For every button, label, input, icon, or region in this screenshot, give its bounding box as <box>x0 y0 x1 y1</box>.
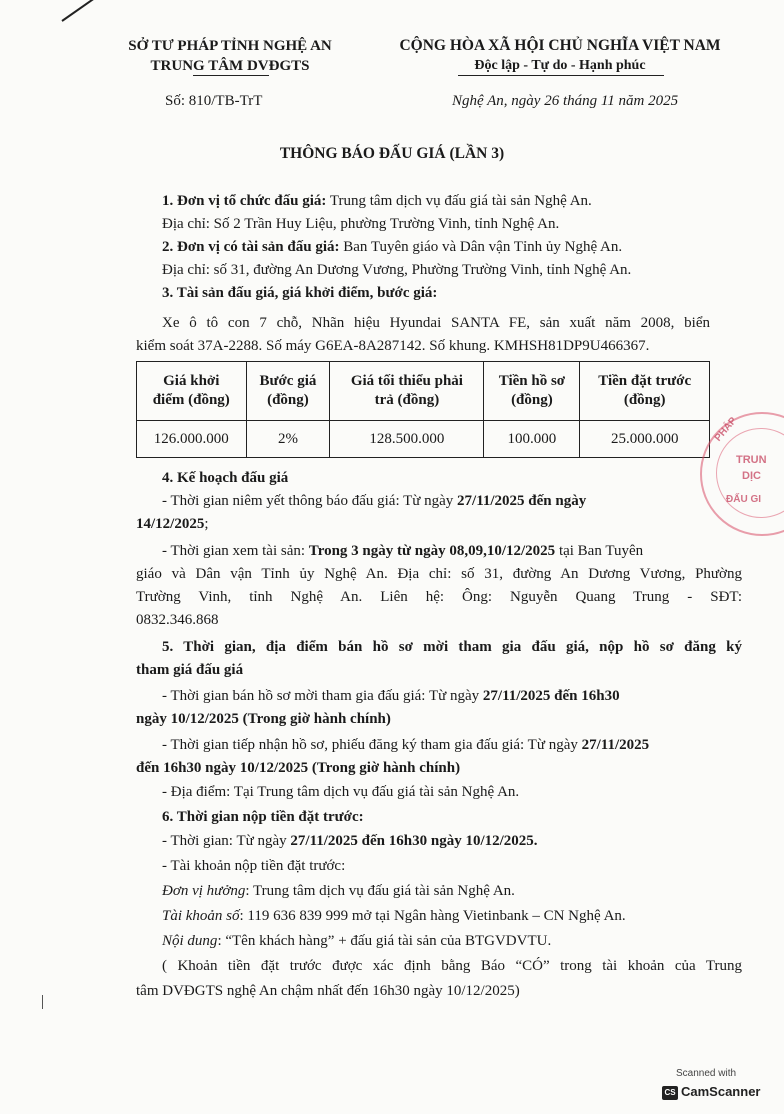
posting-time-line-1: - Thời gian niêm yết thông báo đấu giá: … <box>162 491 586 511</box>
stamp-text: ĐẤU GI <box>726 494 761 505</box>
receive-time-line-2: đến 16h30 ngày 10/12/2025 (Trong giờ hàn… <box>136 758 460 778</box>
posting-suffix: ; <box>204 516 208 532</box>
section-6-heading: 6. Thời gian nộp tiền đặt trước: <box>162 809 364 825</box>
posting-prefix: - Thời gian niêm yết thông báo đấu giá: … <box>162 493 457 509</box>
sale-end-date: ngày 10/12/2025 (Trong giờ hành chính) <box>136 711 391 727</box>
deposit-dates: 27/11/2025 đến 16h30 ngày 10/12/2025. <box>290 833 537 849</box>
section-4-heading: 4. Kế hoạch đấu giá <box>162 470 288 486</box>
header-text: trả (đồng) <box>375 392 440 408</box>
starting-price-cell: 126.000.000 <box>137 421 247 458</box>
national-motto: Độc lập - Tự do - Hạnh phúc <box>370 56 750 76</box>
receive-time-line-1: - Thời gian tiếp nhận hồ sơ, phiếu đăng … <box>162 735 649 755</box>
asset-desc-line-2: kiểm soát 37A-2288. Số máy G6EA-8A287142… <box>136 336 649 356</box>
location-line: - Địa điểm: Tại Trung tâm dịch vụ đấu gi… <box>162 782 519 802</box>
col-dossier-fee: Tiền hồ sơ(đồng) <box>484 362 580 421</box>
section-2-label: 2. Đơn vị có tài sản đấu giá: <box>162 239 340 255</box>
viewing-time-line-2: giáo và Dân vận Tỉnh ủy Nghệ An. Địa chỉ… <box>136 564 742 584</box>
pen-mark <box>61 0 97 22</box>
scanned-with-label: Scanned with <box>676 1068 736 1079</box>
sale-dates: 27/11/2025 đến 16h30 <box>483 688 620 704</box>
country-name: CỘNG HÒA XÃ HỘI CHỦ NGHĨA VIỆT NAM <box>370 36 750 56</box>
table-row: 126.000.000 2% 128.500.000 100.000 25.00… <box>137 421 710 458</box>
org-underline <box>193 75 269 76</box>
motto-underline <box>458 75 664 76</box>
header-text: điểm (đồng) <box>153 392 230 408</box>
col-price-step: Bước giá(đồng) <box>246 362 330 421</box>
payment-content-line: Nội dung: “Tên khách hàng” + đấu giá tài… <box>162 931 551 951</box>
deposit-time-line: - Thời gian: Từ ngày 27/11/2025 đến 16h3… <box>162 831 538 851</box>
col-minimum-price: Giá tối thiểu phảitrả (đồng) <box>330 362 484 421</box>
header-text: (đồng) <box>511 392 553 408</box>
viewing-time-line-3: Trường Vinh, tỉnh Nghệ An. Liên hệ: Ông:… <box>136 587 742 607</box>
header-text: (đồng) <box>267 392 309 408</box>
beneficiary-label: Đơn vị hưởng <box>162 883 245 899</box>
section-3-heading-wrap: 3. Tài sản đấu giá, giá khởi điểm, bước … <box>162 283 437 303</box>
viewing-dates: Trong 3 ngày từ ngày 08,09,10/12/2025 <box>309 543 555 559</box>
section-3-heading: 3. Tài sản đấu giá, giá khởi điểm, bước … <box>162 285 437 301</box>
header-text: Giá tối thiểu phải <box>351 373 463 389</box>
viewing-time-line-1: - Thời gian xem tài sản: Trong 3 ngày từ… <box>162 541 643 561</box>
posting-time-line-2: 14/12/2025; <box>136 514 209 534</box>
viewing-prefix: - Thời gian xem tài sản: <box>162 543 309 559</box>
sale-time-line-1: - Thời gian bán hồ sơ mời tham gia đấu g… <box>162 686 620 706</box>
posting-end-date: 14/12/2025 <box>136 516 204 532</box>
section-4-heading-wrap: 4. Kế hoạch đấu giá <box>162 468 288 488</box>
section-2-value: Ban Tuyên giáo và Dân vận Tỉnh ủy Nghệ A… <box>340 239 623 255</box>
contact-phone: 0832.346.868 <box>136 610 219 630</box>
section-1-value: Trung tâm dịch vụ đấu giá tài sản Nghệ A… <box>326 193 591 209</box>
stamp-text: TRUN <box>736 454 767 466</box>
camscanner-logo-icon: CS <box>662 1086 678 1100</box>
deposit-cell: 25.000.000 <box>580 421 710 458</box>
org-name: TRUNG TÂM DVĐGTS <box>95 56 365 76</box>
account-number-line: Tài khoản số: 119 636 839 999 mở tại Ngâ… <box>162 906 626 926</box>
parent-org: SỞ TƯ PHÁP TỈNH NGHỆ AN <box>95 36 365 56</box>
account-intro: - Tài khoản nộp tiền đặt trước: <box>162 856 345 876</box>
minimum-price-cell: 128.500.000 <box>330 421 484 458</box>
sale-time-line-2: ngày 10/12/2025 (Trong giờ hành chính) <box>136 709 391 729</box>
payment-content-value: : “Tên khách hàng” + đấu giá tài sản của… <box>217 933 551 949</box>
deposit-note-line-1: ( Khoản tiền đặt trước được xác định bằn… <box>162 956 742 976</box>
header-text: Giá khởi <box>163 373 219 389</box>
section-5-heading-line-1: 5. Thời gian, địa điểm bán hồ sơ mời tha… <box>162 637 742 657</box>
payment-content-label: Nội dung <box>162 933 217 949</box>
scan-artifact <box>42 995 43 1009</box>
document-title: THÔNG BÁO ĐẤU GIÁ (LẦN 3) <box>0 145 784 163</box>
deposit-time-prefix: - Thời gian: Từ ngày <box>162 833 290 849</box>
document-number: Số: 810/TB-TrT <box>165 93 262 110</box>
stamp-text: DỊC <box>742 470 761 482</box>
header-text: Tiền hồ sơ <box>499 373 565 389</box>
header-text: Bước giá <box>260 373 317 389</box>
camscanner-watermark: Scanned with CS CamScanner <box>660 1066 766 1106</box>
section-5-heading-line-2: tham giá đấu giá <box>136 660 243 680</box>
camscanner-app-name: CamScanner <box>681 1084 760 1099</box>
table-header-row: Giá khởiđiểm (đồng) Bước giá(đồng) Giá t… <box>137 362 710 421</box>
viewing-suffix: tại Ban Tuyên <box>555 543 643 559</box>
receive-end-date: đến 16h30 ngày 10/12/2025 (Trong giờ hàn… <box>136 760 460 776</box>
beneficiary-value: : Trung tâm dịch vụ đấu giá tài sản Nghệ… <box>245 883 515 899</box>
section-2-address: Địa chỉ: số 31, đường An Dương Vương, Ph… <box>162 260 631 280</box>
section-1-address: Địa chỉ: Số 2 Trần Huy Liệu, phường Trườ… <box>162 214 559 234</box>
account-number-value: : 119 636 839 999 mở tại Ngân hàng Vieti… <box>240 908 626 924</box>
national-header-block: CỘNG HÒA XÃ HỘI CHỦ NGHĨA VIỆT NAM Độc l… <box>370 36 750 76</box>
receive-start-date: 27/11/2025 <box>582 737 650 753</box>
auction-price-table: Giá khởiđiểm (đồng) Bước giá(đồng) Giá t… <box>136 361 710 458</box>
date-line: Nghệ An, ngày 26 tháng 11 năm 2025 <box>452 93 678 110</box>
issuing-org-block: SỞ TƯ PHÁP TỈNH NGHỆ AN TRUNG TÂM DVĐGTS <box>95 36 365 76</box>
section-6-heading-wrap: 6. Thời gian nộp tiền đặt trước: <box>162 807 364 827</box>
deposit-note-line-2: tâm DVĐGTS nghệ An chậm nhất đến 16h30 n… <box>136 981 520 1001</box>
col-starting-price: Giá khởiđiểm (đồng) <box>137 362 247 421</box>
dossier-fee-cell: 100.000 <box>484 421 580 458</box>
posting-dates: 27/11/2025 đến ngày <box>457 493 586 509</box>
receive-prefix: - Thời gian tiếp nhận hồ sơ, phiếu đăng … <box>162 737 582 753</box>
section-2-line: 2. Đơn vị có tài sản đấu giá: Ban Tuyên … <box>162 237 622 257</box>
header-text: (đồng) <box>624 392 666 408</box>
beneficiary-line: Đơn vị hưởng: Trung tâm dịch vụ đấu giá … <box>162 881 515 901</box>
account-number-label: Tài khoản số <box>162 908 240 924</box>
section-1-label: 1. Đơn vị tổ chức đấu giá: <box>162 193 326 209</box>
sale-prefix: - Thời gian bán hồ sơ mời tham gia đấu g… <box>162 688 483 704</box>
section-1-line: 1. Đơn vị tổ chức đấu giá: Trung tâm dịc… <box>162 191 592 211</box>
price-step-cell: 2% <box>246 421 330 458</box>
asset-desc-line-1: Xe ô tô con 7 chỗ, Nhãn hiệu Hyundai SAN… <box>162 313 710 333</box>
col-deposit: Tiền đặt trước(đồng) <box>580 362 710 421</box>
header-text: Tiền đặt trước <box>598 373 691 389</box>
